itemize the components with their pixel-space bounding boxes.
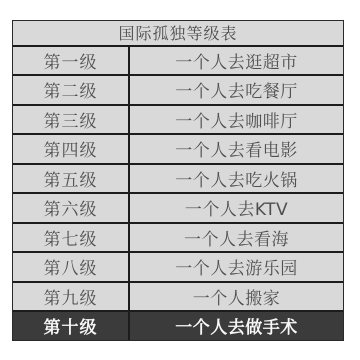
- table-row-highlighted: 第十级 一个人去做手术: [13, 310, 343, 340]
- table-row: 第三级 一个人去咖啡厅: [13, 104, 343, 134]
- activity-cell: 一个人去吃火锅: [130, 165, 343, 193]
- level-cell: 第一级: [13, 47, 130, 75]
- level-cell: 第十级: [13, 312, 130, 340]
- level-cell: 第二级: [13, 76, 130, 104]
- activity-cell: 一个人去咖啡厅: [130, 106, 343, 134]
- table-row: 第五级 一个人去吃火锅: [13, 163, 343, 193]
- page: 国际孤独等级表 第一级 一个人去逛超市 第二级 一个人去吃餐厅 第三级 一个人去…: [0, 0, 360, 360]
- level-cell: 第七级: [13, 224, 130, 252]
- activity-cell: 一个人去看电影: [130, 135, 343, 163]
- table-row: 第一级 一个人去逛超市: [13, 45, 343, 75]
- level-cell: 第六级: [13, 194, 130, 222]
- table-row: 第七级 一个人去看海: [13, 222, 343, 252]
- table-row: 第六级 一个人去KTV: [13, 192, 343, 222]
- level-cell: 第九级: [13, 283, 130, 311]
- table-row: 第九级 一个人搬家: [13, 281, 343, 311]
- activity-cell: 一个人去逛超市: [130, 47, 343, 75]
- table-row: 第四级 一个人去看电影: [13, 133, 343, 163]
- table-row: 第八级 一个人去游乐园: [13, 251, 343, 281]
- loneliness-level-table: 国际孤独等级表 第一级 一个人去逛超市 第二级 一个人去吃餐厅 第三级 一个人去…: [12, 20, 344, 341]
- activity-cell: 一个人去做手术: [130, 312, 343, 340]
- activity-cell: 一个人去吃餐厅: [130, 76, 343, 104]
- activity-cell: 一个人去游乐园: [130, 253, 343, 281]
- activity-cell: 一个人搬家: [130, 283, 343, 311]
- level-cell: 第五级: [13, 165, 130, 193]
- level-cell: 第八级: [13, 253, 130, 281]
- activity-cell: 一个人去KTV: [130, 194, 343, 222]
- activity-cell: 一个人去看海: [130, 224, 343, 252]
- level-cell: 第三级: [13, 106, 130, 134]
- table-title: 国际孤独等级表: [13, 21, 343, 45]
- level-cell: 第四级: [13, 135, 130, 163]
- table-row: 第二级 一个人去吃餐厅: [13, 74, 343, 104]
